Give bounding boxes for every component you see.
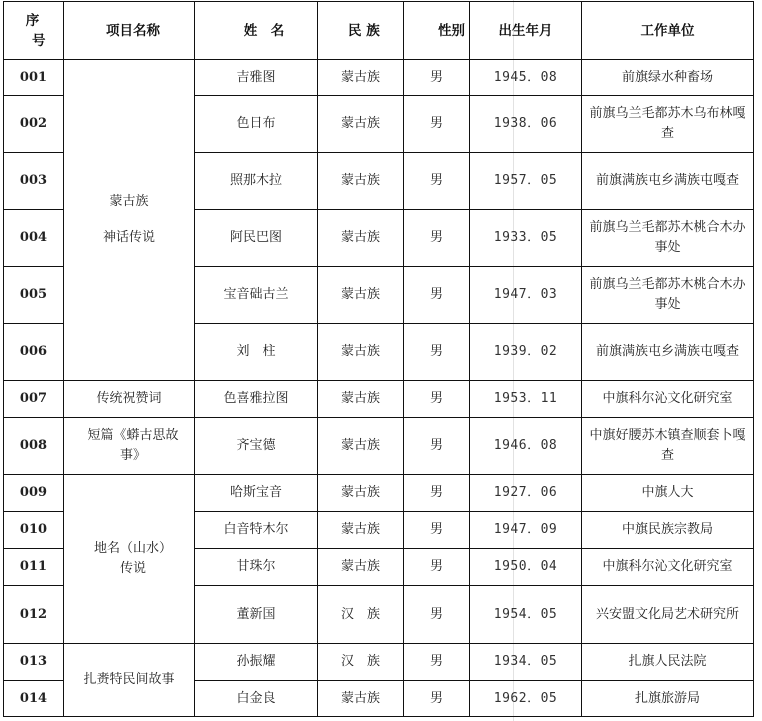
project-cell: 蒙古族 神话传说 <box>64 60 195 381</box>
table-row: 007 传统祝赞词 色喜雅拉图 蒙古族 男 1953．11 中旗科尔沁文化研究室 <box>4 381 754 418</box>
row-birth: 1945．08 <box>470 60 582 96</box>
header-sex: 性别 <box>404 2 470 60</box>
row-ethnicity: 蒙古族 <box>318 324 404 381</box>
row-work-unit: 前旗乌兰毛都苏木乌布林嘎查 <box>582 96 754 153</box>
header-no-line1: 序 <box>8 11 59 31</box>
table-row: 013 扎赉特民间故事 孙振耀 汉 族 男 1934．05 扎旗人民法院 <box>4 644 754 681</box>
row-no: 001 <box>4 60 64 96</box>
row-ethnicity: 蒙古族 <box>318 60 404 96</box>
row-ethnicity: 蒙古族 <box>318 210 404 267</box>
project-cell: 传统祝赞词 <box>64 381 195 418</box>
row-ethnicity: 蒙古族 <box>318 153 404 210</box>
row-birth: 1927．06 <box>470 475 582 512</box>
row-sex: 男 <box>404 381 470 418</box>
row-no: 005 <box>4 267 64 324</box>
header-no-line2: 号 <box>8 31 59 51</box>
row-no: 010 <box>4 512 64 549</box>
row-ethnicity: 蒙古族 <box>318 381 404 418</box>
row-work-unit: 中旗人大 <box>582 475 754 512</box>
row-no: 012 <box>4 586 64 644</box>
row-sex: 男 <box>404 153 470 210</box>
row-no: 011 <box>4 549 64 586</box>
row-name: 色喜雅拉图 <box>195 381 318 418</box>
row-work-unit: 扎旗旅游局 <box>582 681 754 717</box>
row-ethnicity: 汉 族 <box>318 644 404 681</box>
row-work-unit: 扎旗人民法院 <box>582 644 754 681</box>
row-name: 阿民巴图 <box>195 210 318 267</box>
project-label-line2: 神话传说 <box>68 228 190 248</box>
row-no: 014 <box>4 681 64 717</box>
row-work-unit: 前旗绿水种畜场 <box>582 60 754 96</box>
row-name: 甘珠尔 <box>195 549 318 586</box>
row-sex: 男 <box>404 60 470 96</box>
row-work-unit: 前旗满族屯乡满族屯嘎查 <box>582 153 754 210</box>
row-name: 孙振耀 <box>195 644 318 681</box>
row-birth: 1947．09 <box>470 512 582 549</box>
row-work-unit: 前旗满族屯乡满族屯嘎查 <box>582 324 754 381</box>
row-work-unit: 前旗乌兰毛都苏木桃合木办事处 <box>582 267 754 324</box>
row-birth: 1947．03 <box>470 267 582 324</box>
row-name: 色日布 <box>195 96 318 153</box>
row-sex: 男 <box>404 324 470 381</box>
row-no: 003 <box>4 153 64 210</box>
row-name: 哈斯宝音 <box>195 475 318 512</box>
project-label-line1: 蒙古族 <box>68 192 190 212</box>
row-no: 004 <box>4 210 64 267</box>
row-sex: 男 <box>404 475 470 512</box>
row-sex: 男 <box>404 418 470 475</box>
header-ethnicity: 民 族 <box>318 2 404 60</box>
row-birth: 1934．05 <box>470 644 582 681</box>
project-cell: 扎赉特民间故事 <box>64 644 195 717</box>
row-no: 013 <box>4 644 64 681</box>
row-name: 宝音础古兰 <box>195 267 318 324</box>
row-name: 照那木拉 <box>195 153 318 210</box>
row-no: 007 <box>4 381 64 418</box>
row-ethnicity: 蒙古族 <box>318 418 404 475</box>
row-ethnicity: 蒙古族 <box>318 96 404 153</box>
row-ethnicity: 蒙古族 <box>318 475 404 512</box>
row-no: 009 <box>4 475 64 512</box>
row-work-unit: 前旗乌兰毛都苏木桃合木办事处 <box>582 210 754 267</box>
row-name: 董新国 <box>195 586 318 644</box>
row-no: 002 <box>4 96 64 153</box>
header-project: 项目名称 <box>64 2 195 60</box>
header-work-unit: 工作单位 <box>582 2 754 60</box>
row-ethnicity: 蒙古族 <box>318 512 404 549</box>
row-sex: 男 <box>404 549 470 586</box>
row-sex: 男 <box>404 267 470 324</box>
row-name: 白音特木尔 <box>195 512 318 549</box>
row-sex: 男 <box>404 644 470 681</box>
row-birth: 1938．06 <box>470 96 582 153</box>
row-work-unit: 中旗好腰苏木镇查顺套卜嘎查 <box>582 418 754 475</box>
row-name: 刘 柱 <box>195 324 318 381</box>
table-row: 009 地名（山水）传说 哈斯宝音 蒙古族 男 1927．06 中旗人大 <box>4 475 754 512</box>
row-sex: 男 <box>404 681 470 717</box>
header-no: 序 号 <box>4 2 64 60</box>
row-name: 吉雅图 <box>195 60 318 96</box>
header-row: 序 号 项目名称 姓 名 民 族 性别 出生年月 工作单位 <box>4 2 754 60</box>
row-work-unit: 中旗科尔沁文化研究室 <box>582 381 754 418</box>
header-birth: 出生年月 <box>470 2 582 60</box>
row-work-unit: 兴安盟文化局艺术研究所 <box>582 586 754 644</box>
row-ethnicity: 蒙古族 <box>318 549 404 586</box>
row-sex: 男 <box>404 586 470 644</box>
row-work-unit: 中旗民族宗教局 <box>582 512 754 549</box>
row-work-unit: 中旗科尔沁文化研究室 <box>582 549 754 586</box>
row-ethnicity: 汉 族 <box>318 586 404 644</box>
row-ethnicity: 蒙古族 <box>318 681 404 717</box>
row-birth: 1957．05 <box>470 153 582 210</box>
row-sex: 男 <box>404 210 470 267</box>
row-name: 白金良 <box>195 681 318 717</box>
row-birth: 1946．08 <box>470 418 582 475</box>
row-ethnicity: 蒙古族 <box>318 267 404 324</box>
header-name: 姓 名 <box>195 2 318 60</box>
table-row: 008 短篇《蟒古思故事》 齐宝德 蒙古族 男 1946．08 中旗好腰苏木镇查… <box>4 418 754 475</box>
row-name: 齐宝德 <box>195 418 318 475</box>
project-cell: 地名（山水）传说 <box>64 475 195 644</box>
row-no: 008 <box>4 418 64 475</box>
table-row: 001 蒙古族 神话传说 吉雅图 蒙古族 男 1945．08 前旗绿水种畜场 <box>4 60 754 96</box>
row-birth: 1954．05 <box>470 586 582 644</box>
row-birth: 1962．05 <box>470 681 582 717</box>
row-birth: 1933．05 <box>470 210 582 267</box>
row-sex: 男 <box>404 512 470 549</box>
project-cell: 短篇《蟒古思故事》 <box>64 418 195 475</box>
row-sex: 男 <box>404 96 470 153</box>
row-no: 006 <box>4 324 64 381</box>
row-birth: 1939．02 <box>470 324 582 381</box>
row-birth: 1953．11 <box>470 381 582 418</box>
row-birth: 1950．04 <box>470 549 582 586</box>
inheritor-roster-table: 序 号 项目名称 姓 名 民 族 性别 出生年月 工作单位 001 蒙古族 神话… <box>3 1 754 717</box>
